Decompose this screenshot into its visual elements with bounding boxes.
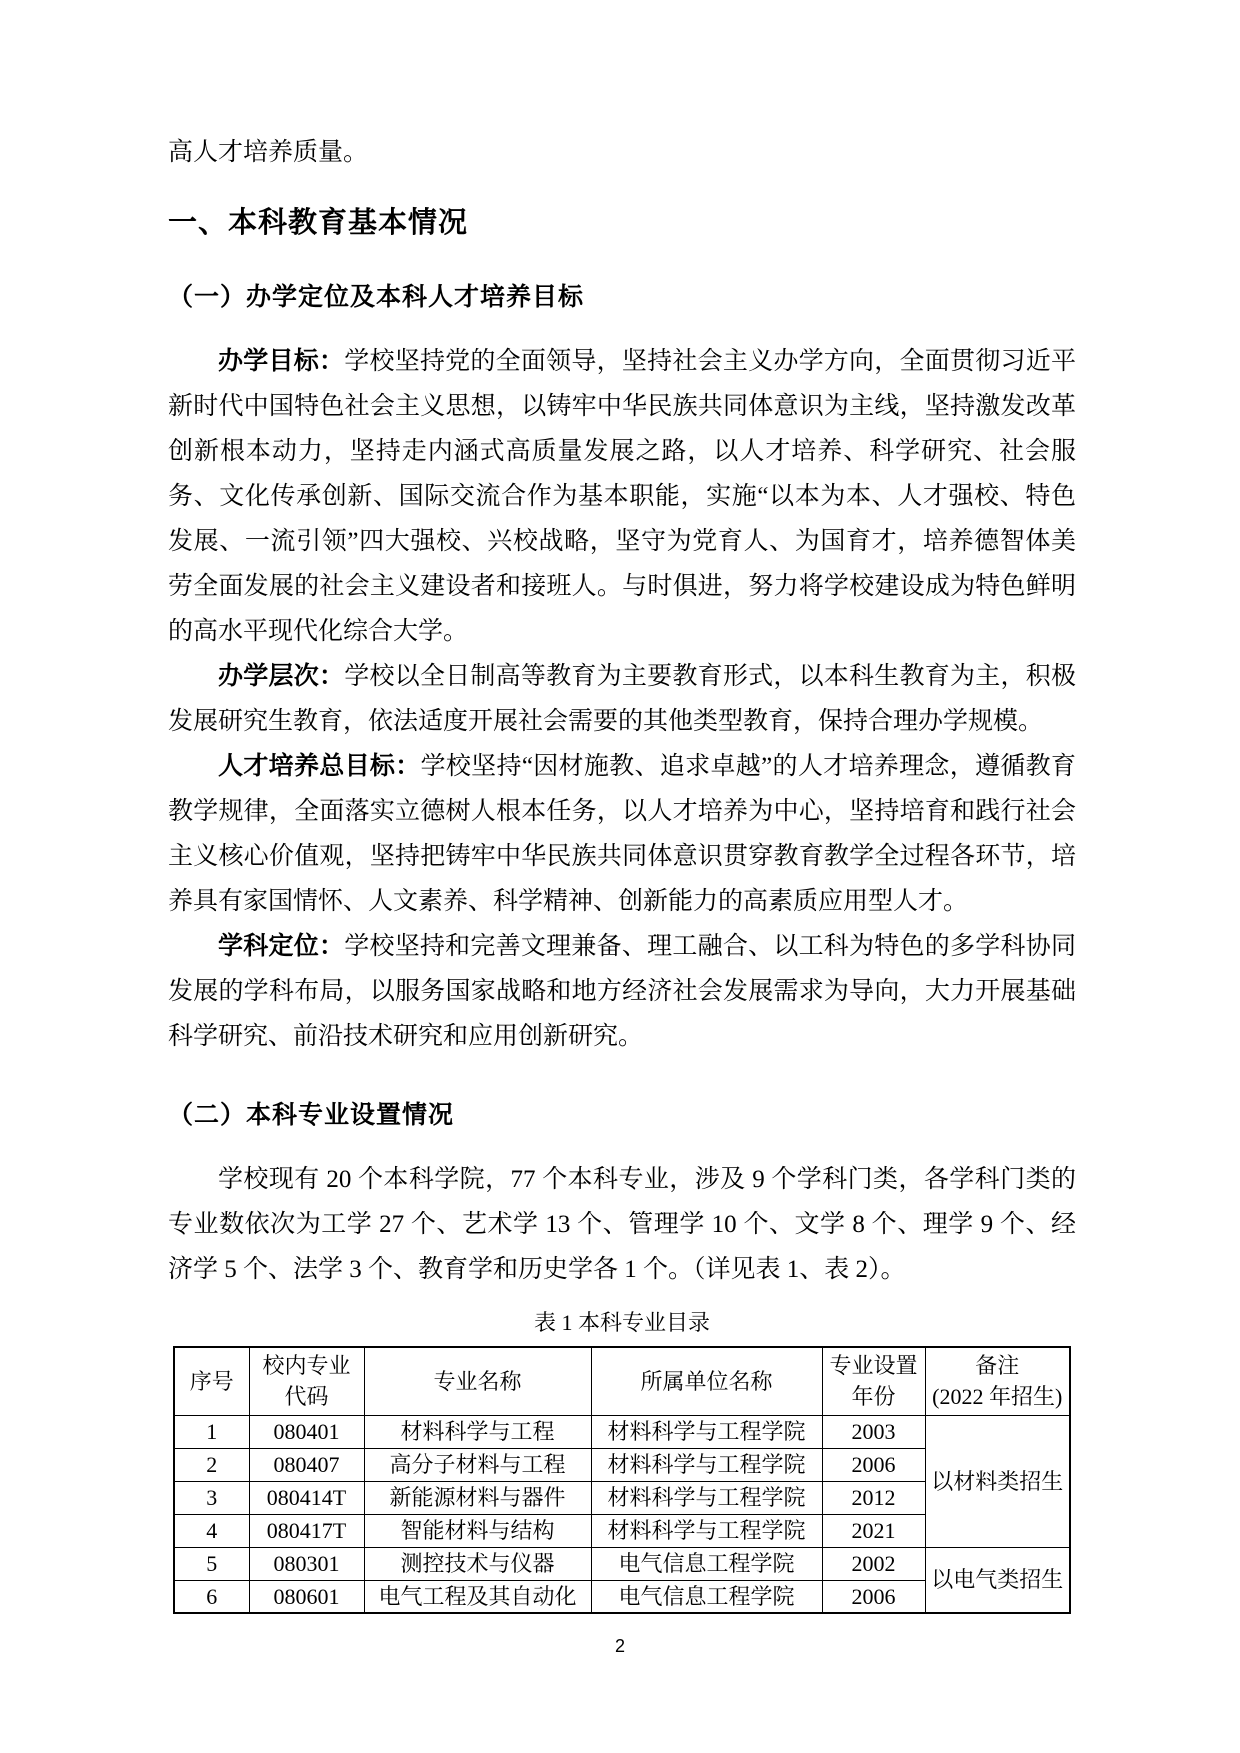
cell-unit: 电气信息工程学院 — [591, 1580, 822, 1613]
paragraph-discipline-position: 学科定位：学校坚持和完善文理兼备、理工融合、以工科为特色的多学科协同发展的学科布… — [168, 924, 1076, 1059]
cell-seq: 4 — [174, 1514, 249, 1547]
carryover-paragraph: 高人才培养质量。 — [168, 136, 1076, 170]
subsection-heading-1: （一）办学定位及本科人才培养目标 — [168, 277, 1076, 313]
paragraph-lead: 办学层次： — [218, 662, 344, 690]
cell-major: 测控技术与仪器 — [364, 1547, 591, 1580]
subsection-heading-2: （二）本科专业设置情况 — [168, 1095, 1076, 1131]
paragraph-majors-overview: 学校现有 20 个本科学院，77 个本科专业，涉及 9 个学科门类，各学科门类的… — [168, 1157, 1076, 1292]
cell-unit: 材料科学与工程学院 — [591, 1481, 822, 1514]
page-content: 高人才培养质量。 一、本科教育基本情况 （一）办学定位及本科人才培养目标 办学目… — [0, 0, 1240, 1614]
cell-code: 080407 — [249, 1448, 364, 1481]
cell-remark-electrical: 以电气类招生 — [925, 1547, 1070, 1613]
column-header-seq: 序号 — [174, 1347, 249, 1415]
cell-seq: 5 — [174, 1547, 249, 1580]
cell-major: 材料科学与工程 — [364, 1415, 591, 1448]
cell-code: 080601 — [249, 1580, 364, 1613]
cell-major: 新能源材料与器件 — [364, 1481, 591, 1514]
cell-year: 2003 — [822, 1415, 925, 1448]
section-heading: 一、本科教育基本情况 — [168, 200, 1076, 241]
majors-table: 序号 校内专业 代码 专业名称 所属单位名称 专业设置 年份 备注 (2022 … — [173, 1346, 1071, 1614]
cell-code: 080301 — [249, 1547, 364, 1580]
cell-major: 智能材料与结构 — [364, 1514, 591, 1547]
column-header-code: 校内专业 代码 — [249, 1347, 364, 1415]
paragraph-lead: 学科定位： — [218, 932, 344, 960]
cell-code: 080401 — [249, 1415, 364, 1448]
column-header-remark: 备注 (2022 年招生) — [925, 1347, 1070, 1415]
cell-seq: 1 — [174, 1415, 249, 1448]
document-page: 高人才培养质量。 一、本科教育基本情况 （一）办学定位及本科人才培养目标 办学目… — [0, 0, 1240, 1753]
cell-code: 080414T — [249, 1481, 364, 1514]
cell-unit: 材料科学与工程学院 — [591, 1415, 822, 1448]
cell-unit: 材料科学与工程学院 — [591, 1514, 822, 1547]
table-row: 1 080401 材料科学与工程 材料科学与工程学院 2003 以材料类招生 — [174, 1415, 1070, 1448]
paragraph-text: 学校坚持党的全面领导，坚持社会主义办学方向，全面贯彻习近平新时代中国特色社会主义… — [168, 348, 1076, 645]
paragraph-school-level: 办学层次：学校以全日制高等教育为主要教育形式，以本科生教育为主，积极发展研究生教… — [168, 654, 1076, 744]
table-caption: 表 1 本科专业目录 — [168, 1308, 1076, 1338]
page-number: 2 — [0, 1636, 1240, 1657]
cell-unit: 电气信息工程学院 — [591, 1547, 822, 1580]
cell-unit: 材料科学与工程学院 — [591, 1448, 822, 1481]
paragraph-training-goal: 人才培养总目标：学校坚持“因材施教、追求卓越”的人才培养理念，遵循教育教学规律，… — [168, 744, 1076, 924]
table-row: 5 080301 测控技术与仪器 电气信息工程学院 2002 以电气类招生 — [174, 1547, 1070, 1580]
cell-seq: 3 — [174, 1481, 249, 1514]
cell-seq: 6 — [174, 1580, 249, 1613]
table-header-row: 序号 校内专业 代码 专业名称 所属单位名称 专业设置 年份 备注 (2022 … — [174, 1347, 1070, 1415]
paragraph-lead: 人才培养总目标： — [218, 752, 421, 780]
column-header-unit: 所属单位名称 — [591, 1347, 822, 1415]
cell-year: 2006 — [822, 1448, 925, 1481]
column-header-year: 专业设置 年份 — [822, 1347, 925, 1415]
paragraph-school-goal: 办学目标：学校坚持党的全面领导，坚持社会主义办学方向，全面贯彻习近平新时代中国特… — [168, 339, 1076, 654]
cell-year: 2006 — [822, 1580, 925, 1613]
cell-seq: 2 — [174, 1448, 249, 1481]
cell-year: 2021 — [822, 1514, 925, 1547]
cell-year: 2002 — [822, 1547, 925, 1580]
cell-year: 2012 — [822, 1481, 925, 1514]
cell-major: 高分子材料与工程 — [364, 1448, 591, 1481]
column-header-major: 专业名称 — [364, 1347, 591, 1415]
cell-major: 电气工程及其自动化 — [364, 1580, 591, 1613]
paragraph-lead: 办学目标： — [218, 347, 344, 375]
cell-code: 080417T — [249, 1514, 364, 1547]
cell-remark-materials: 以材料类招生 — [925, 1415, 1070, 1547]
